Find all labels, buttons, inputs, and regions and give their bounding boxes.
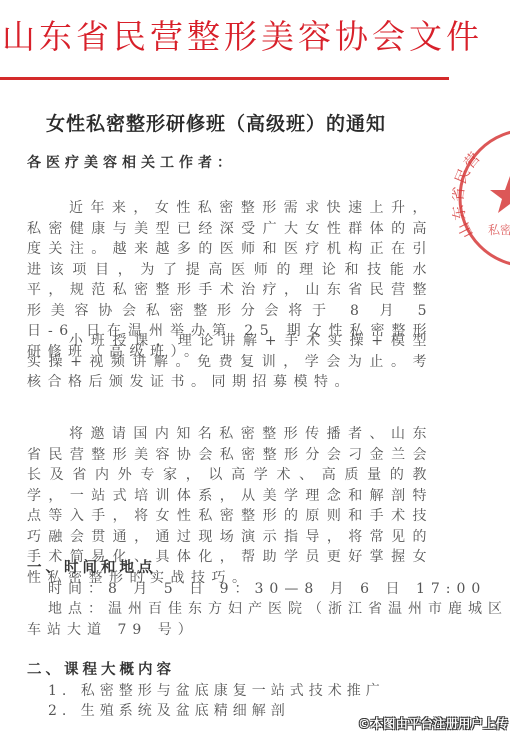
stamp-ring-text: 山东省民营: [452, 147, 485, 241]
course-item: 1. 私密整形与盆底康复一站式技术推广: [48, 681, 385, 701]
event-time: 时间：8 月 5 日 9：30—8 月 6 日 17:00: [48, 579, 486, 599]
course-item: 2. 生殖系统及盆底精细解剖: [48, 701, 290, 721]
stamp-inner-text: 私密整: [488, 222, 510, 237]
svg-text:山东省民营: 山东省民营: [452, 147, 485, 241]
section-heading-time-place: 一、时间和地点: [27, 558, 157, 578]
salutation: 各医疗美容相关工作者：: [27, 153, 236, 173]
org-header-title: 山东省民营整形美容协会文件: [2, 17, 483, 57]
section-heading-course-content: 二、课程大概内容: [27, 660, 175, 680]
document-title: 女性私密整形研修班（高级班）的通知: [46, 110, 386, 138]
event-location-continued: 车站大道 79 号）: [27, 620, 198, 640]
header-divider: [0, 77, 449, 80]
paragraph-format: 小班授课，理论讲解+手术实操+模型实操+视频讲解。免费复训，学会为止。考核合格后…: [27, 331, 433, 393]
official-seal-stamp: 山东省民营 私密整: [452, 124, 510, 274]
upload-watermark: ©本图由平台注册用户上传: [358, 714, 508, 732]
event-location: 地点：温州百佳东方妇产医院（浙江省温州市鹿城区: [48, 599, 508, 619]
star-icon: [490, 176, 510, 213]
